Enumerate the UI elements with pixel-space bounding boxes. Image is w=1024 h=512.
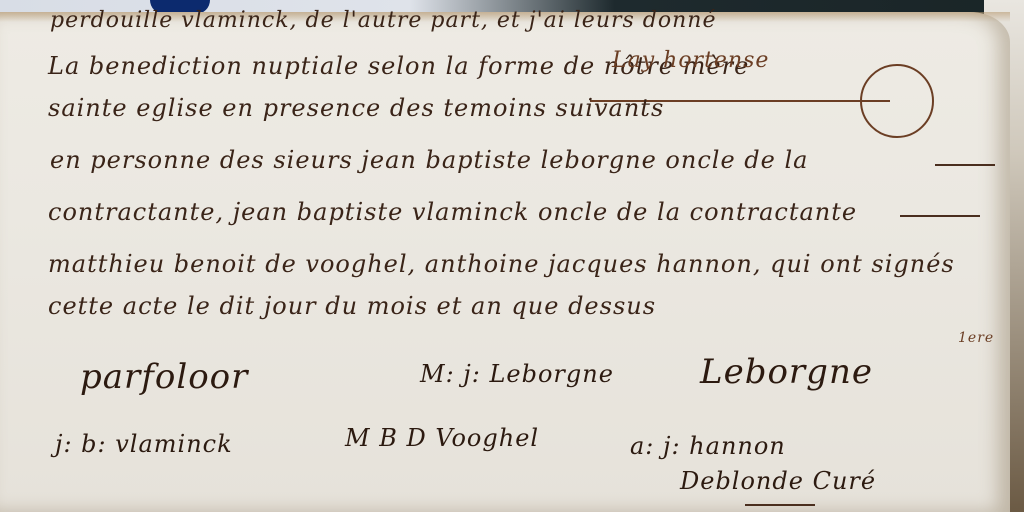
margin-flourish <box>860 64 934 138</box>
line-filler-2 <box>900 215 980 217</box>
signature-1: parfoloor <box>80 357 248 397</box>
signature-5: M B D Vooghel <box>345 424 539 452</box>
signature-6: a: j: hannon <box>630 432 786 460</box>
officiant-underline <box>745 504 815 506</box>
signature-4: j: b: vlaminck <box>55 430 233 458</box>
margin-note: Lay hortense <box>612 48 769 73</box>
line-filler-1 <box>935 164 995 166</box>
text-line-6: matthieu benoit de vooghel, anthoine jac… <box>48 250 955 278</box>
text-line-7: cette acte le dit jour du mois et an que… <box>48 292 656 320</box>
text-line-4: en personne des sieurs jean baptiste leb… <box>50 146 808 174</box>
register-page: perdouille vlaminck, de l'autre part, et… <box>0 12 1010 512</box>
signature-suffix: 1ere <box>958 330 994 346</box>
signature-3: Leborgne <box>700 352 873 392</box>
text-line-3: sainte eglise en presence des temoins su… <box>48 94 664 122</box>
officiant-signature: Deblonde Curé <box>680 467 876 495</box>
signature-2: M: j: Leborgne <box>420 360 614 388</box>
text-line-1: perdouille vlaminck, de l'autre part, et… <box>50 8 716 33</box>
text-line-5: contractante, jean baptiste vlaminck onc… <box>48 198 857 226</box>
